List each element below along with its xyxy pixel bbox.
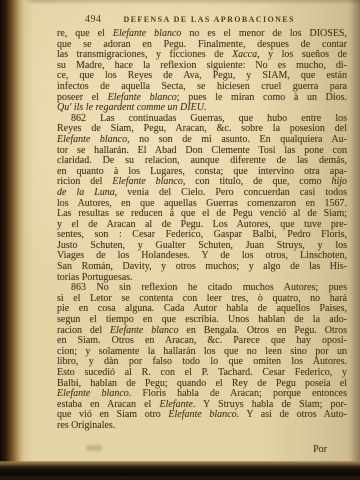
running-title: DEFENSA DE LAS APROBACIONES — [124, 15, 295, 24]
page-right-edge-shadow — [350, 0, 360, 480]
text-line: res Originales. — [57, 421, 347, 432]
book-page-scan: 494 DEFENSA DE LAS APROBACIONES re, que … — [0, 0, 360, 480]
running-header: 494 DEFENSA DE LAS APROBACIONES — [57, 14, 347, 25]
ink-smudge — [86, 445, 102, 451]
book-gutter-shadow — [0, 0, 34, 480]
text-block: re, que el Elefante blanco no es el meno… — [57, 29, 347, 432]
page-number: 494 — [85, 14, 102, 25]
page-bottom-edge — [0, 461, 360, 480]
